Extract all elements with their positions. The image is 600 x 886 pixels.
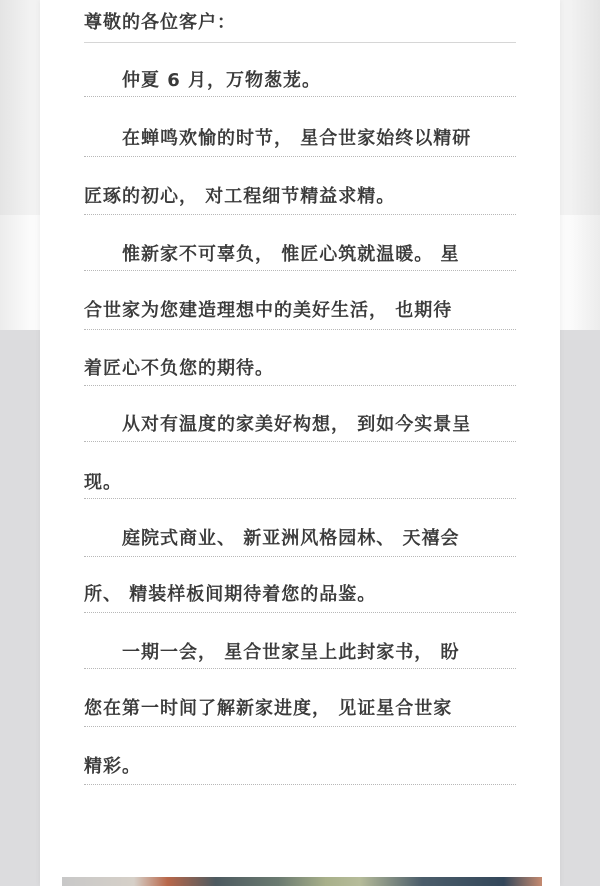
letter-line: 着匠心不负您的期待。 xyxy=(84,354,516,380)
divider xyxy=(84,42,516,43)
divider xyxy=(84,498,516,499)
divider xyxy=(84,270,516,271)
divider xyxy=(84,385,516,386)
letter-line: 所、 精装样板间期待着您的品鉴。 xyxy=(84,580,516,606)
letter-line: 精彩。 xyxy=(84,752,516,778)
divider xyxy=(84,329,516,330)
landscape-photo xyxy=(62,877,542,886)
letter-line: 庭院式商业、 新亚洲风格园林、 天禧会 xyxy=(84,524,516,550)
divider xyxy=(84,556,516,557)
letter-greeting: 尊敬的各位客户： xyxy=(84,8,516,34)
letter-line: 现。 xyxy=(84,468,516,494)
divider xyxy=(84,156,516,157)
letter-line: 在蝉鸣欢愉的时节， 星合世家始终以精研 xyxy=(84,124,516,150)
letter-line: 合世家为您建造理想中的美好生活， 也期待 xyxy=(84,296,516,322)
divider xyxy=(84,214,516,215)
divider xyxy=(84,668,516,669)
divider xyxy=(84,726,516,727)
letter-line: 从对有温度的家美好构想， 到如今实景呈 xyxy=(84,410,516,436)
letter-line: 您在第一时间了解新家进度， 见证星合世家 xyxy=(84,694,516,720)
letter-line: 匠琢的初心， 对工程细节精益求精。 xyxy=(84,182,516,208)
divider xyxy=(84,96,516,97)
divider xyxy=(84,784,516,785)
divider xyxy=(84,441,516,442)
divider xyxy=(84,612,516,613)
letter-line: 惟新家不可辜负， 惟匠心筑就温暖。 星 xyxy=(84,240,516,266)
letter-line: 仲夏 6 月，万物葱茏。 xyxy=(84,66,516,92)
letter-line: 一期一会， 星合世家呈上此封家书， 盼 xyxy=(84,638,516,664)
